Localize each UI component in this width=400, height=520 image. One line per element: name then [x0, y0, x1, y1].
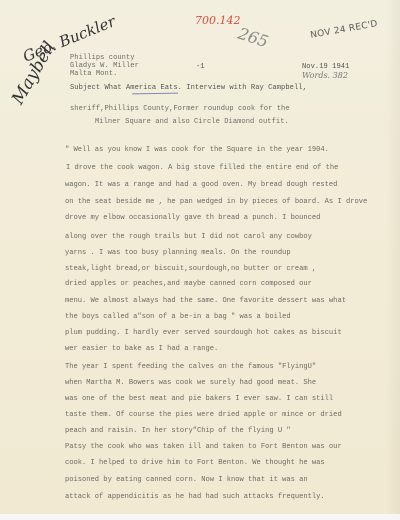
body-line: I drove the cook wagon. A big stove fill… [66, 164, 338, 172]
body-line: when Martha M. Bowers was cook we surely… [65, 379, 316, 387]
body-line: plum pudding. I hardly ever served sourd… [65, 329, 342, 337]
body-line: taste them. Of course the pies were drie… [65, 411, 342, 419]
pencil-number: 265 [236, 24, 271, 52]
subject-line-2: sheriff,Phillips County,Former roundup c… [70, 105, 290, 113]
red-file-number: 700.142 [195, 14, 241, 27]
handwritten-word-count: Words. 382 [302, 71, 348, 80]
body-line: Patsy the cook who was taken ill and tak… [65, 443, 342, 451]
header-date: Nov.19 1941 [302, 63, 349, 71]
body-line: cook. I helped to drive him to Fort Bent… [65, 459, 325, 467]
subject-line-1: Subject What America Eats. Interview wit… [70, 84, 307, 92]
scan-bottom-margin [0, 514, 400, 520]
body-line: " Well as you know I was cook for the Sq… [65, 146, 329, 154]
body-line: along over the rough trails but I did no… [65, 233, 312, 241]
body-line: wagon. It was a range and had a good ove… [65, 181, 337, 189]
document-page: Geo. Buckler Maybell 700.142 265 NOV 24 … [0, 0, 400, 514]
body-line: the boys called a"son of a be-in a bag "… [65, 313, 291, 321]
body-line: on the seat beside me , he pan wedged in… [65, 198, 367, 206]
body-line: attack of appendicitis as he had had suc… [65, 493, 325, 501]
header-city: Malta Mont. [70, 70, 117, 78]
received-stamp: NOV 24 REC'D [310, 19, 379, 41]
body-line: was one of the best meat and pie bakers … [65, 395, 333, 403]
body-line: poisoned by eating canned corn. Now I kn… [65, 476, 308, 484]
subject-line-3: Milner Square and also Circle Diamond ou… [95, 118, 289, 126]
body-line: yarns . I was too busy planning meals. O… [65, 249, 291, 257]
body-line: wer easier to bake as I had a range. [65, 345, 218, 353]
body-line: menu. We almost always had the same. One… [65, 297, 346, 305]
body-line: dried apples or peaches,and maybe canned… [65, 280, 312, 288]
header-county: Phillips county [70, 54, 135, 62]
subject-underline [132, 93, 178, 95]
body-line: peach and raisin. In her story"Chip of t… [65, 427, 291, 435]
body-line: steak,light bread,or biscuit,sourdough,n… [65, 265, 316, 273]
page-marker: -1 [196, 63, 205, 71]
header-author: Gladys W. Miller [70, 62, 139, 70]
body-line: The year I spent feeding the calves on t… [65, 363, 316, 371]
body-line: drove my elbow occasionally gave th brea… [65, 214, 320, 222]
